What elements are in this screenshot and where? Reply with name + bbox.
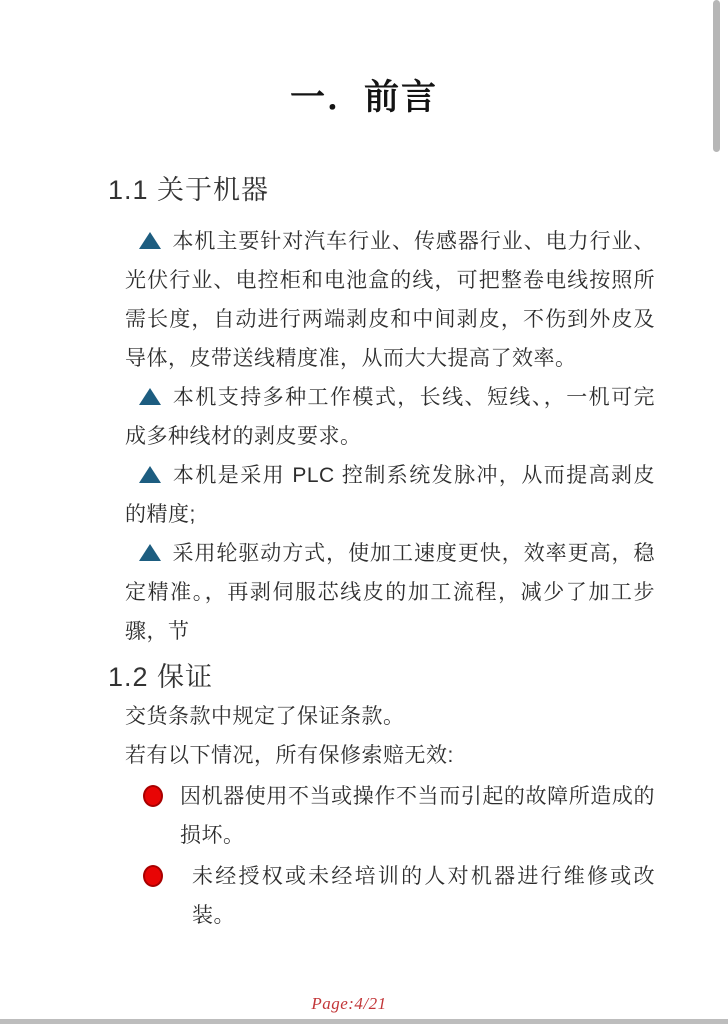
bullet-item: 本机支持多种工作模式，长线、短线、，一机可完成多种线材的剥皮要求。 [125, 378, 655, 456]
bullet-item: 未经授权或未经培训的人对机器进行维修或改装。 [125, 857, 655, 935]
bullet-text: 本机支持多种工作模式，长线、短线、，一机可完成多种线材的剥皮要求。 [125, 386, 655, 448]
bullet-item: 因机器使用不当或操作不当而引起的故障所造成的损坏。 [125, 777, 655, 855]
footer-page-number: Page:4/21 [0, 994, 698, 1014]
triangle-bullet-icon [139, 388, 161, 405]
triangle-bullet-icon [139, 232, 161, 249]
bullet-text: 未经授权或未经培训的人对机器进行维修或改装。 [192, 865, 655, 927]
paragraph: 若有以下情况，所有保修索赔无效: [125, 736, 655, 775]
triangle-bullet-icon [139, 466, 161, 483]
red-dot-icon [143, 785, 163, 807]
triangle-bullet-icon [139, 544, 161, 561]
paragraph: 交货条款中规定了保证条款。 [125, 697, 655, 736]
bullet-item: 本机是采用 PLC 控制系统发脉冲，从而提高剥皮的精度; [125, 456, 655, 534]
page-bottom-edge [0, 1019, 728, 1024]
section-heading-1-1: 1.1 关于机器 [108, 174, 655, 206]
bullet-item: 采用轮驱动方式，使加工速度更快，效率更高，稳定精准。，再剥伺服芯线皮的加工流程，… [125, 534, 655, 651]
red-dot-icon [143, 865, 163, 887]
document-page: 一．前言 1.1 关于机器 本机主要针对汽车行业、传感器行业、电力行业、光伏行业… [0, 0, 728, 1024]
bullet-text: 采用轮驱动方式，使加工速度更快，效率更高，稳定精准。，再剥伺服芯线皮的加工流程，… [125, 542, 655, 643]
scrollbar-thumb[interactable] [713, 0, 720, 152]
page-title: 一．前言 [0, 0, 728, 118]
bullet-text: 本机是采用 PLC 控制系统发脉冲，从而提高剥皮的精度; [125, 464, 655, 526]
content-area: 1.1 关于机器 本机主要针对汽车行业、传感器行业、电力行业、光伏行业、电控柜和… [125, 174, 655, 935]
bullet-item: 本机主要针对汽车行业、传感器行业、电力行业、光伏行业、电控柜和电池盒的线，可把整… [125, 222, 655, 378]
bullet-text: 因机器使用不当或操作不当而引起的故障所造成的损坏。 [180, 785, 655, 847]
section-heading-1-2: 1.2 保证 [108, 661, 655, 693]
bullet-text: 本机主要针对汽车行业、传感器行业、电力行业、光伏行业、电控柜和电池盒的线，可把整… [125, 230, 655, 370]
